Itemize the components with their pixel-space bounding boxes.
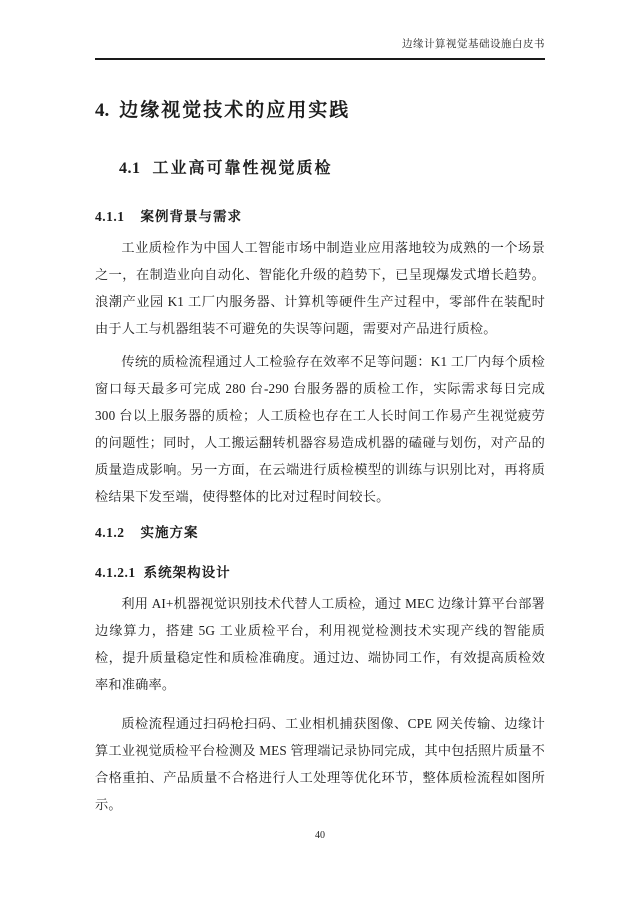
chapter-title: 边缘视觉技术的应用实践 [119,100,350,121]
running-header-title: 边缘计算视觉基础设施白皮书 [402,39,545,50]
chapter-heading: 4.边缘视觉技术的应用实践 [95,98,545,124]
paragraph-implementation-1: 利用 AI+机器视觉识别技术代替人工质检，通过 MEC 边缘计算平台部署边缘算力… [95,590,545,698]
section-number: 4.1 [119,160,141,177]
subsection-heading-4-1-2: 4.1.2实施方案 [95,524,545,542]
subsection-heading-4-1-1: 4.1.1案例背景与需求 [95,208,545,226]
subsection-4-1-2-title: 实施方案 [141,525,199,540]
page-footer: 40 [0,830,640,841]
subsection-4-1-2-1-number: 4.1.2.1 [95,565,136,580]
subsection-4-1-1-title: 案例背景与需求 [141,209,243,224]
subsection-4-1-2-number: 4.1.2 [95,525,125,540]
subsection-4-1-1-number: 4.1.1 [95,209,125,224]
subsection-4-1-2-1-title: 系统架构设计 [144,565,231,580]
section-title: 工业高可靠性视觉质检 [153,160,333,177]
paragraph-implementation-2: 质检流程通过扫码枪扫码、工业相机捕获图像、CPE 网关传输、边缘计算工业视觉质检… [95,710,545,818]
running-header: 边缘计算视觉基础设施白皮书 [95,0,545,60]
subsection-heading-4-1-2-1: 4.1.2.1系统架构设计 [95,564,545,582]
paragraph-background-1: 工业质检作为中国人工智能市场中制造业应用落地较为成熟的一个场景之一，在制造业向自… [95,234,545,342]
section-heading-4-1: 4.1工业高可靠性视觉质检 [119,158,545,180]
page-number: 40 [315,830,325,841]
paragraph-background-2: 传统的质检流程通过人工检验存在效率不足等问题：K1 工厂内每个质检窗口每天最多可… [95,348,545,510]
document-page: 边缘计算视觉基础设施白皮书 4.边缘视觉技术的应用实践 4.1工业高可靠性视觉质… [0,0,640,905]
chapter-number: 4. [95,100,109,121]
